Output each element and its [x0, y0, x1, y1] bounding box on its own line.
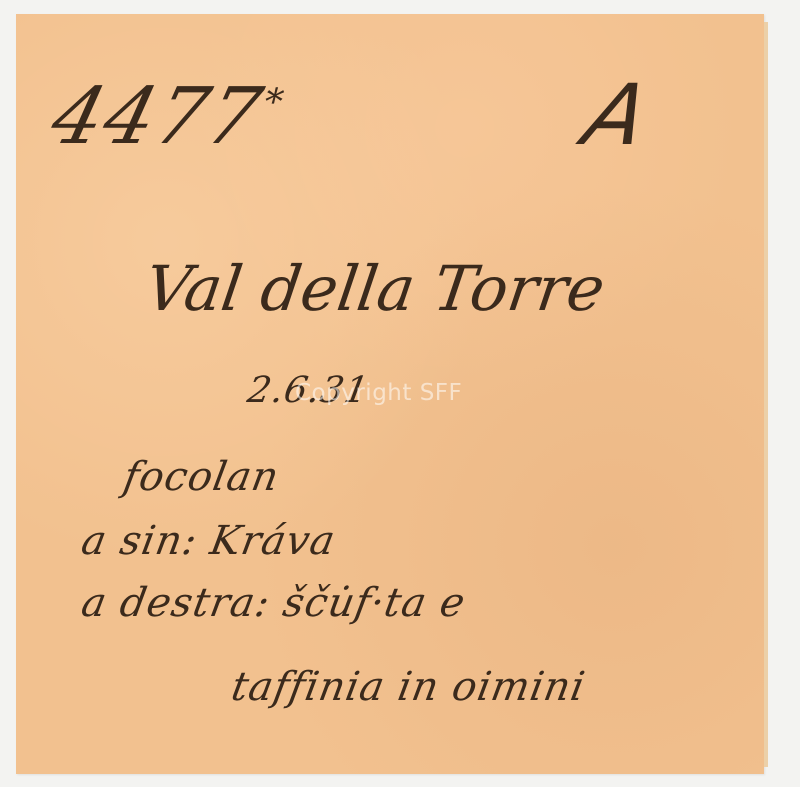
- note-line-4: taffinia in oimini: [228, 664, 589, 710]
- location-name: Val della Torre: [141, 252, 609, 325]
- paper-edge: [764, 22, 768, 767]
- copyright-watermark: Copyright SFF: [295, 380, 462, 406]
- catalog-number-value: 4477: [43, 72, 272, 162]
- note-line-1: focolan: [120, 454, 283, 500]
- note-line-3: a destra: šču̇f·ta e: [78, 580, 469, 626]
- catalog-number: 4477*: [43, 72, 292, 162]
- note-line-2: a sin: Kráva: [78, 518, 339, 564]
- category-letter: A: [574, 66, 661, 164]
